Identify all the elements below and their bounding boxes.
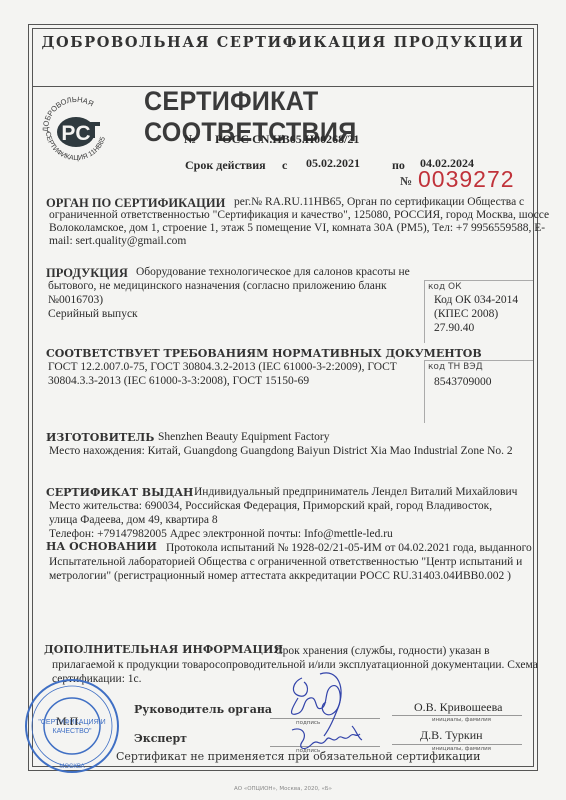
issued-to-line2: улица Фадеева, дом 49, квартира 8 [49,514,218,528]
expert-label: Эксперт [134,732,187,745]
issued-to-heading: СЕРТИФИКАТ ВЫДАН [46,486,193,499]
certification-body-line1: рег.№ RA.RU.11НВ65, Орган по сертификаци… [234,196,524,210]
manufacturer-name: Shenzhen Beauty Equipment Factory [158,431,330,445]
tnved-code-label: код ТН ВЭД [428,362,483,372]
validity-to-label: по [392,158,405,172]
certification-body-line2: ограниченной ответственностью "Сертифика… [49,209,549,223]
tnved-code-value: 8543709000 [434,376,492,390]
basis-line1: Протокола испытаний № 1928-02/21-05-ИМ о… [166,542,532,556]
basis-heading: НА ОСНОВАНИИ [46,540,157,553]
additional-info-line1: Срок хранения (службы, годности) указан … [275,645,490,659]
okpd-code-line1: Код ОК 034-2014 [434,294,518,308]
number-label: № [184,132,196,146]
issued-to-name: Индивидуальный предприниматель Лендел Ви… [194,486,517,500]
certification-body-line3: Волоколамское, дом 1, строение 1, этаж 5… [49,222,545,236]
certification-body-email: mail: sert.quality@gmail.com [49,235,186,249]
head-name-line [392,715,522,716]
svg-text:МОСКВА: МОСКВА [59,764,84,770]
issued-to-line1: Место жительства: 690034, Российская Фед… [49,500,492,514]
conformity-line1: ГОСТ 12.2.007.0-75, ГОСТ 30804.3.2-2013 … [48,361,397,375]
product-line4: Серийный выпуск [48,308,138,322]
stamp-place-label: М.П. [56,714,81,729]
product-heading: ПРОДУКЦИЯ [46,266,128,281]
signatures-ink-icon [262,668,392,763]
blank-number-label: № [400,174,412,189]
printer-imprint: АО «ОПЦИОН», Москва, 2020, «Б» [0,786,566,792]
okpd-code-line3: 27.90.40 [434,322,474,336]
product-line1: Оборудование технологическое для салонов… [136,266,410,280]
validity-label: Срок действия [185,158,266,172]
expert-name-line [392,744,522,745]
okpd-code-label: код ОК [428,282,462,292]
validity-from-label: с [282,158,287,172]
conformity-heading: СООТВЕТСТВУЕТ ТРЕБОВАНИЯМ НОРМАТИВНЫХ ДО… [46,347,482,360]
conformity-line2: 30804.3.3-2013 (IEC 61000-3-3:2008), ГОС… [48,375,309,389]
head-name: О.В. Кривошеева [414,700,502,714]
validity-from-date: 05.02.2021 [306,156,360,170]
okpd-code-line2: (КПЕС 2008) [434,308,498,322]
product-line3: №0016703) [48,294,103,308]
expert-name: Д.В. Туркин [420,728,483,742]
top-title: ДОБРОВОЛЬНАЯ СЕРТИФИКАЦИЯ ПРОДУКЦИИ [0,34,566,51]
rst-logo-icon: ДОБРОВОЛЬНАЯ СЕРТИФИКАЦИЯ 11НВ65 PC [36,88,116,168]
basis-line3: метрологии" (регистрационный номер аттес… [49,570,511,584]
manufacturer-address: Место нахождения: Китай, Guangdong Guang… [49,445,513,459]
manufacturer-heading: ИЗГОТОВИТЕЛЬ [46,431,154,444]
mandatory-certification-notice: Сертификат не применяется при обязательн… [116,750,480,763]
basis-line2: Испытательной лабораторией Общества с ог… [49,556,522,570]
head-name-caption: инициалы, фамилия [432,717,491,723]
additional-info-heading: ДОПОЛНИТЕЛЬНАЯ ИНФОРМАЦИЯ [44,643,283,656]
head-label: Руководитель органа [134,703,272,716]
product-line2: бытового, не медицинского назначения (со… [48,280,387,294]
blank-number: 0039272 [418,166,515,193]
certificate-number: РОСС CN.НВ65.Н00268/21 [215,132,359,146]
rst-logo: ДОБРОВОЛЬНАЯ СЕРТИФИКАЦИЯ 11НВ65 PC [36,88,116,168]
svg-text:КАЧЕСТВО": КАЧЕСТВО" [53,728,93,735]
